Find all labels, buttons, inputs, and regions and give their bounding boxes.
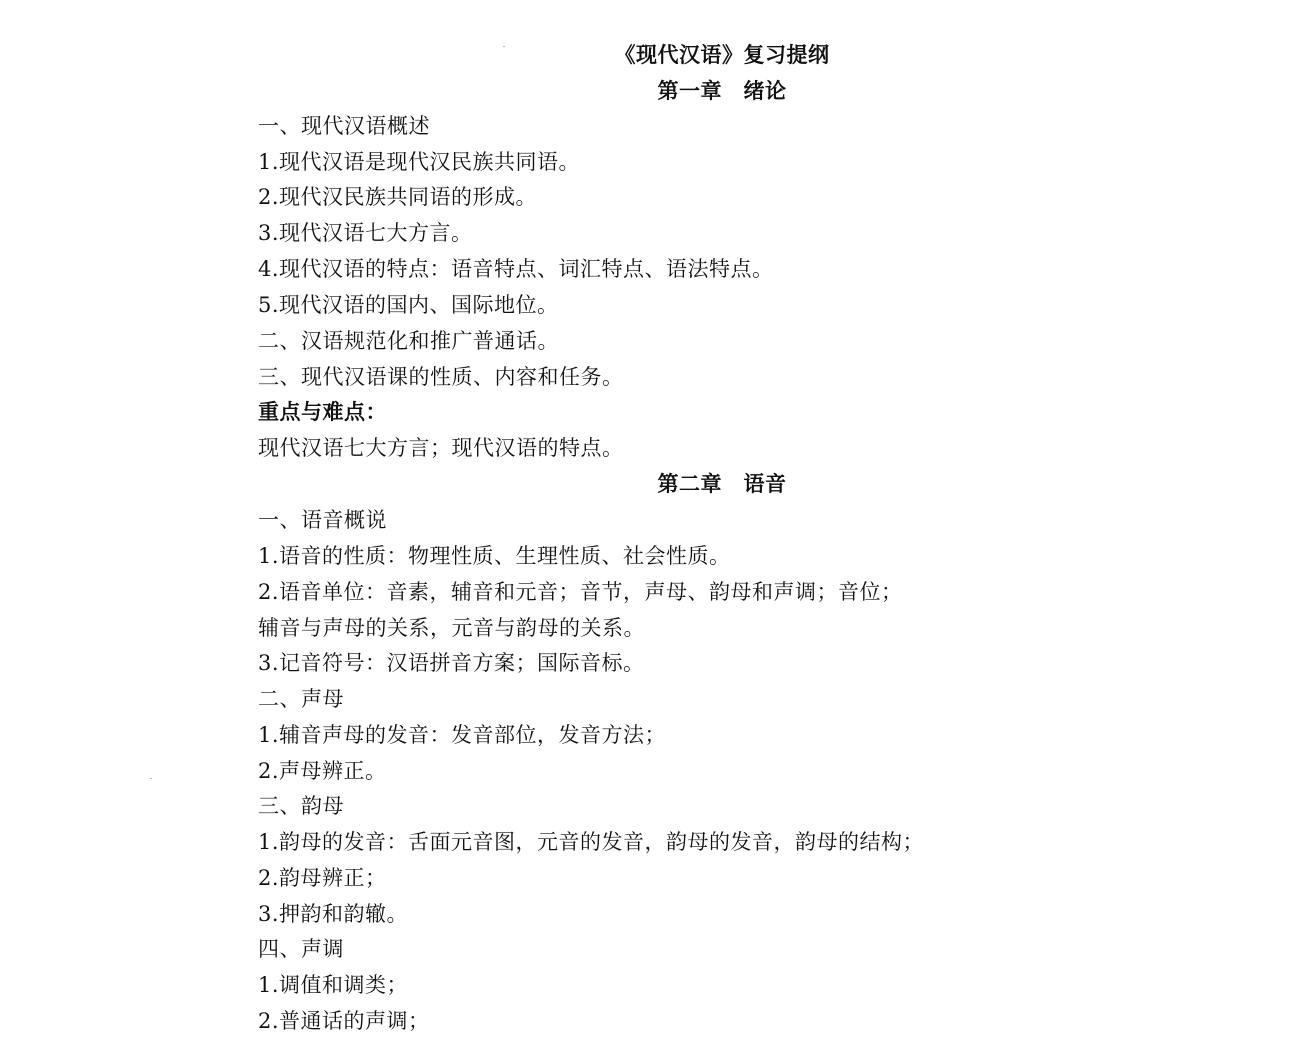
ch1-line: 三、现代汉语课的性质、内容和任务。 (258, 363, 624, 391)
ch2-line: 一、语音概说 (258, 506, 387, 534)
ch2-line: 四、声调 (258, 935, 344, 963)
document-page: 《现代汉语》复习提纲 第一章 绪论 一、现代汉语概述 1.现代汉语是现代汉民族共… (0, 0, 1308, 1044)
ch1-line: 4.现代汉语的特点：语音特点、词汇特点、语法特点。 (258, 255, 774, 283)
ch2-line: 3.押韵和韵辙。 (258, 900, 408, 928)
ch2-line: 2.普通话的声调； (258, 1007, 430, 1035)
ch1-line: 3.现代汉语七大方言。 (258, 219, 473, 247)
ch2-line: 三、韵母 (258, 792, 344, 820)
ch2-line: 2.语音单位：音素，辅音和元音；音节，声母、韵母和声调；音位； (258, 578, 903, 606)
ch2-line: 2.声母辨正。 (258, 757, 387, 785)
ch2-line: 2.韵母辨正； (258, 864, 387, 892)
ch1-line: 1.现代汉语是现代汉民族共同语。 (258, 148, 580, 176)
ch2-line: 1.韵母的发音：舌面元音图，元音的发音，韵母的发音，韵母的结构； (258, 828, 924, 856)
chapter2-heading: 第二章 语音 (0, 470, 1308, 498)
key-points-label: 重点与难点： (258, 398, 387, 426)
ch1-line: 5.现代汉语的国内、国际地位。 (258, 291, 559, 319)
ch1-line: 二、汉语规范化和推广普通话。 (258, 327, 559, 355)
ch2-line: 1.语音的性质：物理性质、生理性质、社会性质。 (258, 542, 731, 570)
ch2-line: 二、声母 (258, 685, 344, 713)
chapter1-heading: 第一章 绪论 (0, 77, 1308, 105)
ch1-line: 一、现代汉语概述 (258, 112, 430, 140)
ch2-line: 1.调值和调类； (258, 971, 408, 999)
ch2-line: 1.辅音声母的发音：发音部位，发音方法； (258, 721, 666, 749)
ch1-line: 2.现代汉民族共同语的形成。 (258, 183, 537, 211)
key-points-text: 现代汉语七大方言；现代汉语的特点。 (258, 434, 624, 462)
ch2-line: 辅音与声母的关系，元音与韵母的关系。 (258, 614, 645, 642)
scan-speck (150, 778, 152, 779)
document-title: 《现代汉语》复习提纲 (0, 41, 1308, 69)
ch2-line: 3.记音符号：汉语拼音方案；国际音标。 (258, 649, 645, 677)
